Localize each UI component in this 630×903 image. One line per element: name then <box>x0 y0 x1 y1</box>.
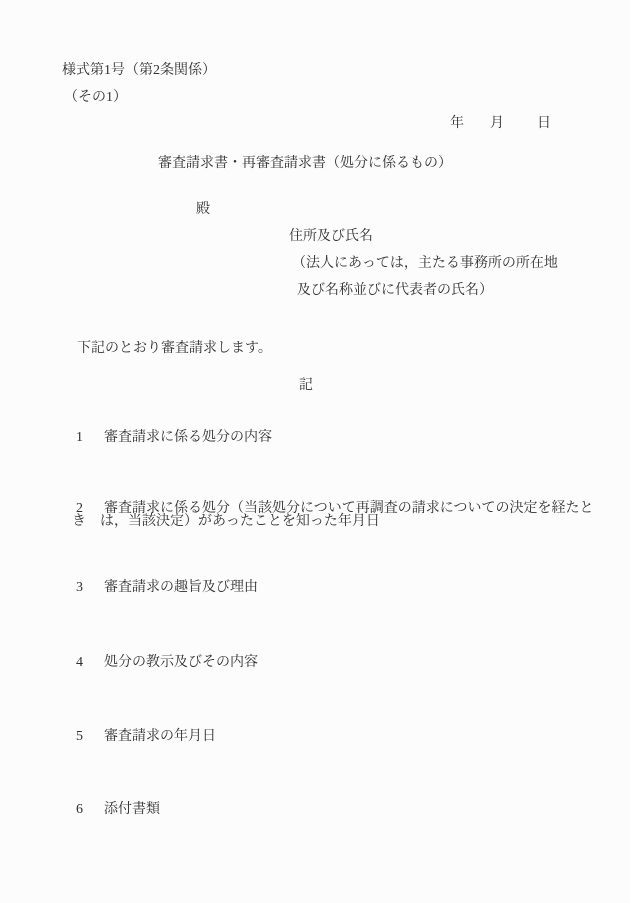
sender-corporate-note-line2: 及び名称並びに代表者の氏名） <box>297 284 493 298</box>
item-3-number: 3 <box>76 581 104 595</box>
item-4-text: 処分の教示及びその内容 <box>104 655 258 670</box>
declaration-sentence: 下記のとおり審査請求します。 <box>77 342 272 356</box>
addressee-honorific: 殿 <box>196 203 210 217</box>
document-title: 審査請求書・再審査請求書（処分に係るもの） <box>0 157 610 171</box>
item-6-text: 添付書類 <box>104 802 160 817</box>
item-1-text: 審査請求に係る処分の内容 <box>104 430 272 445</box>
document-page: 様式第1号（第2条関係） （その1） 年 月 日 審査請求書・再審査請求書（処分… <box>0 0 630 903</box>
sender-corporate-note-line1: （法人にあっては，主たる事務所の所在地 <box>292 257 558 271</box>
item-6: 6添付書類 <box>62 789 160 831</box>
form-label: 様式第1号（第2条関係） <box>62 64 216 78</box>
item-3: 3審査請求の趣旨及び理由 <box>62 567 258 609</box>
form-sublabel: （その1） <box>64 91 127 105</box>
item-1-number: 1 <box>76 431 104 445</box>
item-4-number: 4 <box>76 656 104 670</box>
date-day-label: 日 <box>537 117 551 131</box>
item-1: 1審査請求に係る処分の内容 <box>62 417 272 459</box>
date-year-label: 年 <box>450 117 464 131</box>
item-5-text: 審査請求の年月日 <box>104 729 216 744</box>
date-month-label: 月 <box>490 117 504 131</box>
item-5-number: 5 <box>76 730 104 744</box>
item-6-number: 6 <box>76 803 104 817</box>
item-2-text-wrap: き は，当該決定）があったことを知った年月日 <box>72 515 380 529</box>
sender-name-label: 住所及び氏名 <box>289 230 373 244</box>
item-5: 5審査請求の年月日 <box>62 716 216 758</box>
item-3-text: 審査請求の趣旨及び理由 <box>104 580 258 595</box>
item-4: 4処分の教示及びその内容 <box>62 642 258 684</box>
record-heading: 記 <box>0 379 612 393</box>
